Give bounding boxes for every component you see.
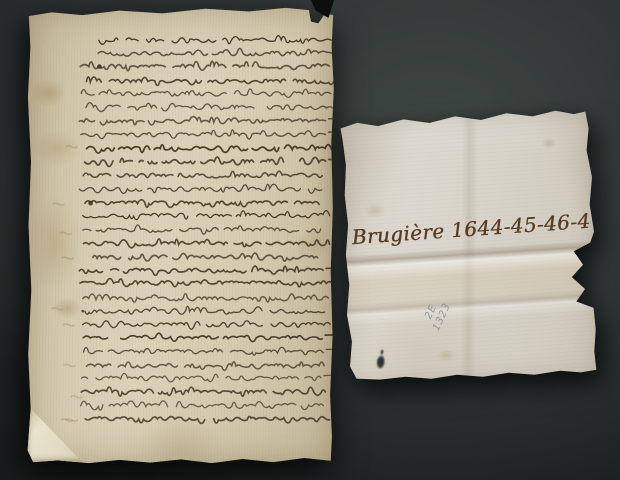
photo-backdrop: Brugière 1644-45-46-47 2E 1323 xyxy=(0,0,620,480)
archival-reference-mark: 2E 1323 xyxy=(420,296,453,332)
handwriting-lines xyxy=(27,6,335,464)
manuscript-page xyxy=(27,6,335,464)
inscription-text: Brugière 1644-45-46-47 xyxy=(351,209,592,250)
ink-blot xyxy=(375,354,386,370)
label-paper: Brugière 1644-45-46-47 2E 1323 xyxy=(336,106,601,385)
